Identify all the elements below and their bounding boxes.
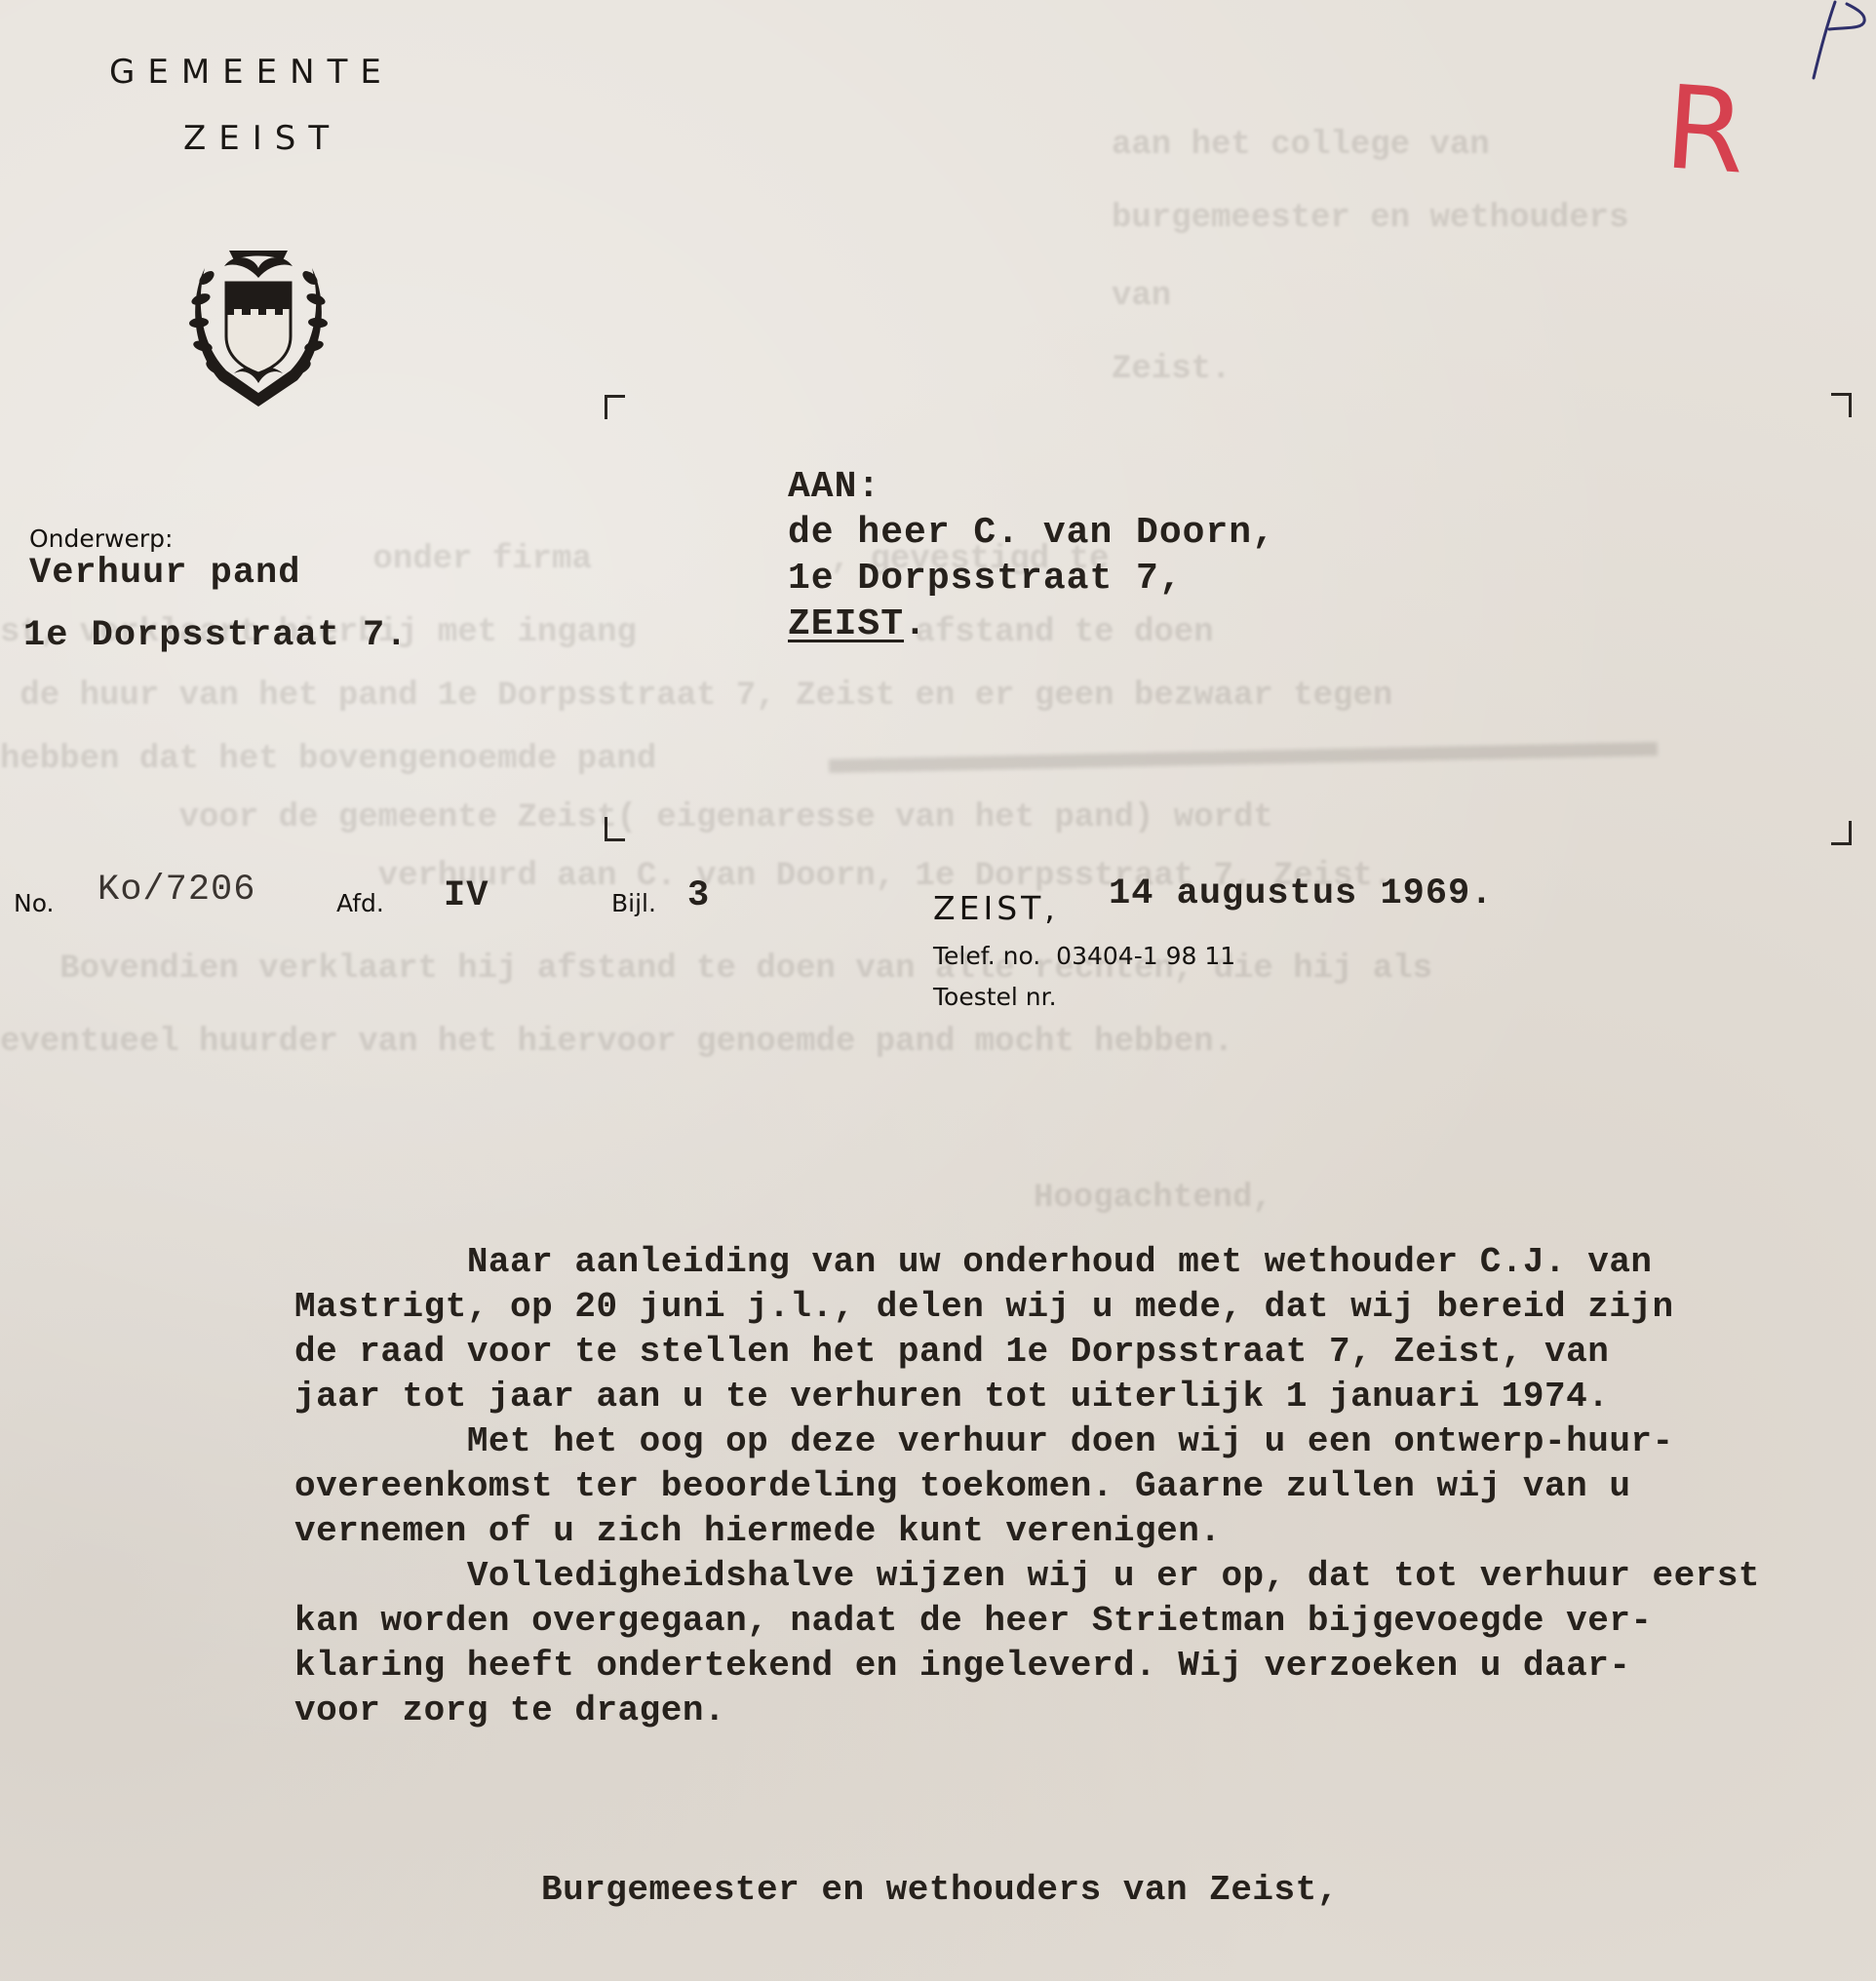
- letterhead-line-1: GEMEENTE: [109, 53, 394, 92]
- body-line: klaring heeft ondertekend en ingeleverd.…: [294, 1644, 1855, 1689]
- subject-block: Onderwerp: Verhuur pand 1e Dorpsstraat 7…: [14, 507, 408, 656]
- body-line: Mastrigt, op 20 juni j.l., delen wij u m…: [294, 1285, 1855, 1330]
- extension-label: Toestel nr.: [933, 983, 1057, 1011]
- addressee-name: de heer C. van Doorn,: [788, 510, 1275, 556]
- body-line: overeenkomst ter beoordeling toekomen. G…: [294, 1464, 1855, 1509]
- coat-of-arms-icon: [185, 239, 332, 409]
- phone-number: 03404-1 98 11: [1056, 942, 1235, 970]
- body-line: jaar tot jaar aan u te verhuren tot uite…: [294, 1375, 1855, 1419]
- bleed-line: burgemeester en wethouders: [1112, 200, 1629, 237]
- reference-afd-value: IV: [444, 875, 489, 916]
- bleed-line: Hoogachtend,: [1034, 1180, 1272, 1217]
- body-line: vernemen of u zich hiermede kunt verenig…: [294, 1509, 1855, 1554]
- letter-body: Naar aanleiding van uw onderhoud met wet…: [294, 1240, 1855, 1733]
- window-corner-mark: [605, 395, 625, 419]
- reference-bijl-label: Bijl.: [611, 889, 656, 917]
- letterhead-line-2: ZEIST: [183, 119, 341, 158]
- phone-label: Telef. no.: [933, 942, 1040, 970]
- bleed-line: de huur van het pand 1e Dorpsstraat 7, Z…: [0, 678, 1392, 715]
- body-line: voor zorg te dragen.: [294, 1689, 1855, 1733]
- addressee-heading: AAN:: [788, 464, 1275, 510]
- addressee-block: AAN: de heer C. van Doorn, 1e Dorpsstraa…: [788, 464, 1275, 647]
- subject-line-2: 1e Dorpsstraat 7.: [23, 615, 408, 656]
- body-line: Met het oog op deze verhuur doen wij u e…: [294, 1419, 1855, 1464]
- bleed-strikethrough: [829, 742, 1658, 773]
- body-line: Volledigheidshalve wijzen wij u er op, d…: [294, 1554, 1855, 1599]
- addressee-city-suffix: .: [904, 603, 927, 645]
- red-annotation-mark: R: [1661, 59, 1749, 199]
- phone-line: Telef. no. 03404-1 98 11: [933, 942, 1235, 970]
- bleed-line: Zeist.: [1112, 351, 1231, 388]
- window-corner-mark: [1831, 821, 1852, 845]
- addressee-street: 1e Dorpsstraat 7,: [788, 556, 1275, 602]
- addressee-city: ZEIST: [788, 603, 904, 645]
- blue-pen-mark-icon: [1806, 0, 1874, 80]
- bleed-line: aan het college van: [1112, 127, 1490, 164]
- signature-line: Burgemeester en wethouders van Zeist,: [541, 1870, 1339, 1910]
- bleed-line: voor de gemeente Zeist( eigenaresse van …: [0, 799, 1273, 836]
- bleed-line: eventueel huurder van het hiervoor genoe…: [0, 1024, 1233, 1061]
- subject-label: Onderwerp:: [29, 524, 173, 553]
- bleed-line: van: [1112, 278, 1171, 315]
- reference-no-label: No.: [14, 889, 55, 917]
- place-label: ZEIST,: [933, 889, 1059, 927]
- body-line: kan worden overgegaan, nadat de heer Str…: [294, 1599, 1855, 1644]
- reference-no-value: Ko/7206: [98, 870, 255, 911]
- bleed-line: hebben dat het bovengenoemde pand: [0, 741, 935, 778]
- window-corner-mark: [1831, 393, 1852, 417]
- addressee-city-line: ZEIST.: [788, 602, 1275, 647]
- reference-bijl-value: 3: [687, 875, 710, 916]
- reference-afd-label: Afd.: [336, 889, 384, 917]
- subject-line-1: Verhuur pand: [29, 553, 300, 594]
- body-line: de raad voor te stellen het pand 1e Dorp…: [294, 1330, 1855, 1375]
- letter-date: 14 augustus 1969.: [1109, 874, 1493, 914]
- window-corner-mark: [605, 817, 625, 841]
- body-line: Naar aanleiding van uw onderhoud met wet…: [294, 1240, 1855, 1285]
